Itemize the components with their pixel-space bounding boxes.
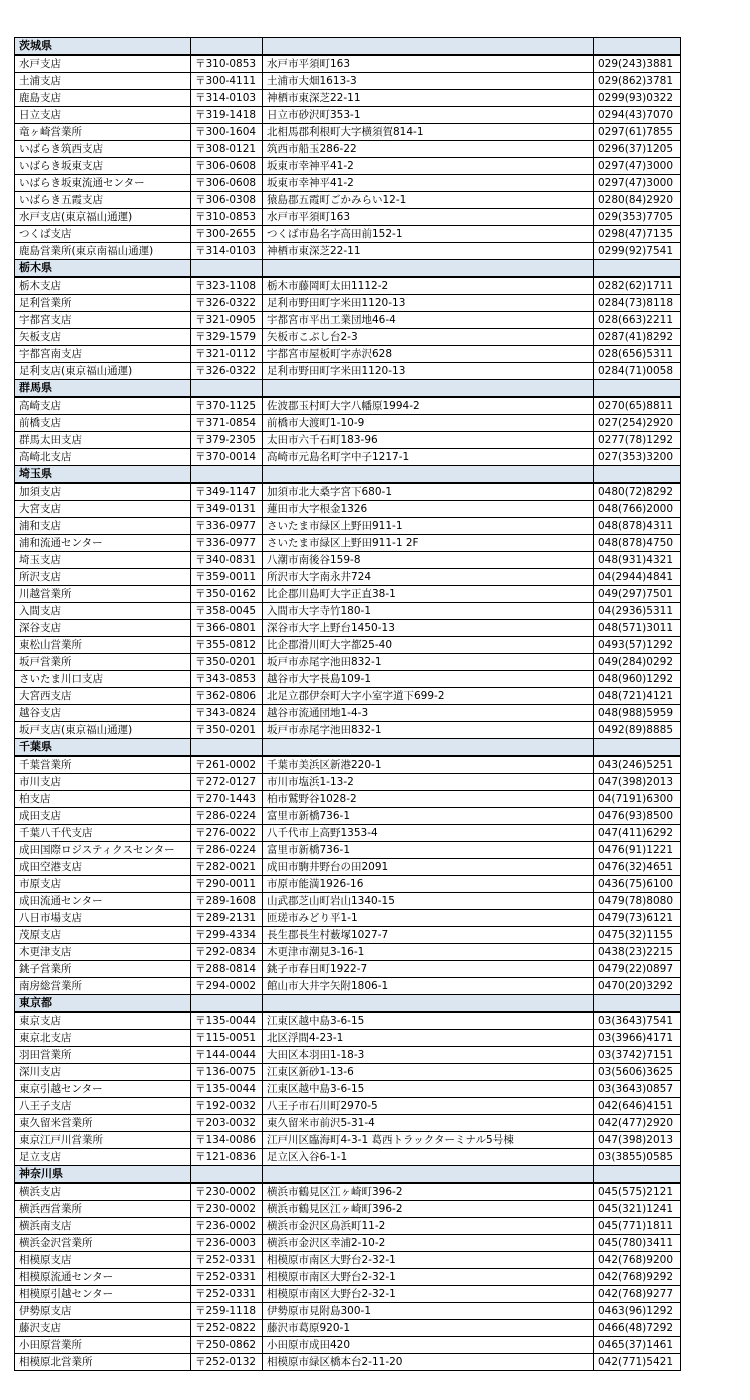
address-cell: 坂東市幸神平41-2 — [263, 175, 594, 192]
address-cell: 足利市野田町字米田1120-13 — [263, 295, 594, 312]
postal-code-cell: 〒250-0862 — [191, 1337, 263, 1354]
branch-row: 羽田営業所〒144-0044大田区本羽田1-18-303(3742)7151 — [15, 1047, 681, 1064]
branch-row: 東京江戸川営業所〒134-0086江戸川区臨海町4-3-1 葛西トラックターミナ… — [15, 1132, 681, 1149]
branch-row: 成田支店〒286-0224富里市新橋736-10476(93)8500 — [15, 808, 681, 825]
branch-name-cell: 市川支店 — [15, 774, 191, 791]
prefecture-header-row: 埼玉県 — [15, 466, 681, 484]
address-cell: 横浜市鶴見区江ヶ崎町396-2 — [263, 1183, 594, 1201]
postal-code-cell: 〒340-0831 — [191, 552, 263, 569]
prefecture-header-cell: 東京都 — [15, 995, 191, 1013]
branch-row: 横浜西営業所〒230-0002横浜市鶴見区江ヶ崎町396-2045(321)12… — [15, 1201, 681, 1218]
phone-cell: 0466(48)7292 — [594, 1320, 681, 1337]
branch-name-cell: 土浦支店 — [15, 73, 191, 90]
branch-name-cell: 相模原支店 — [15, 1252, 191, 1269]
branch-row: 東京支店〒135-0044江東区越中島3-6-1503(3643)7541 — [15, 1012, 681, 1030]
address-cell: 相模原市緑区橋本台2-11-20 — [263, 1354, 594, 1371]
phone-cell: 0465(37)1461 — [594, 1337, 681, 1354]
phone-cell: 0470(20)3292 — [594, 978, 681, 995]
branch-name-cell: 浦和支店 — [15, 518, 191, 535]
postal-code-cell: 〒326-0322 — [191, 363, 263, 380]
postal-code-cell: 〒192-0032 — [191, 1098, 263, 1115]
branch-name-cell: 埼玉支店 — [15, 552, 191, 569]
branch-row: 深川支店〒136-0075江東区新砂1-13-603(5606)3625 — [15, 1064, 681, 1081]
phone-cell: 027(254)2920 — [594, 415, 681, 432]
branch-name-cell: 市原支店 — [15, 876, 191, 893]
branch-name-cell: 群馬太田支店 — [15, 432, 191, 449]
postal-code-cell: 〒135-0044 — [191, 1012, 263, 1030]
branch-name-cell: 千葉営業所 — [15, 756, 191, 774]
phone-cell: 048(931)4321 — [594, 552, 681, 569]
branch-row: 足利営業所〒326-0322足利市野田町字米田1120-130284(73)81… — [15, 295, 681, 312]
postal-code-cell: 〒371-0854 — [191, 415, 263, 432]
branch-name-cell: 小田原営業所 — [15, 1337, 191, 1354]
branch-name-cell: 高崎北支店 — [15, 449, 191, 466]
empty-cell — [191, 260, 263, 278]
branch-name-cell: 伊勢原支店 — [15, 1303, 191, 1320]
prefecture-header-cell: 千葉県 — [15, 739, 191, 757]
postal-code-cell: 〒319-1418 — [191, 107, 263, 124]
address-cell: 市川市塩浜1-13-2 — [263, 774, 594, 791]
branch-row: 所沢支店〒359-0011所沢市大字南永井72404(2944)4841 — [15, 569, 681, 586]
phone-cell: 028(663)2211 — [594, 312, 681, 329]
phone-cell: 04(2944)4841 — [594, 569, 681, 586]
branch-name-cell: 藤沢支店 — [15, 1320, 191, 1337]
address-cell: 北区浮間4-23-1 — [263, 1030, 594, 1047]
branch-name-cell: 東京江戸川営業所 — [15, 1132, 191, 1149]
branch-row: いばらき坂東流通センター〒306-0608坂東市幸神平41-20297(47)3… — [15, 175, 681, 192]
branch-name-cell: 坂戸支店(東京福山通運) — [15, 722, 191, 739]
branch-row: 坂戸営業所〒350-0201坂戸市赤尾字池田832-1049(284)0292 — [15, 654, 681, 671]
prefecture-header-cell: 群馬県 — [15, 380, 191, 398]
postal-code-cell: 〒300-2655 — [191, 226, 263, 243]
prefecture-header-row: 千葉県 — [15, 739, 681, 757]
branch-row: 柏支店〒270-1443柏市鷲野谷1028-204(7191)6300 — [15, 791, 681, 808]
phone-cell: 028(656)5311 — [594, 346, 681, 363]
phone-cell: 03(5606)3625 — [594, 1064, 681, 1081]
phone-cell: 029(243)3881 — [594, 55, 681, 73]
branch-name-cell: 東京北支店 — [15, 1030, 191, 1047]
phone-cell: 048(878)4311 — [594, 518, 681, 535]
postal-code-cell: 〒135-0044 — [191, 1081, 263, 1098]
phone-cell: 047(398)2013 — [594, 774, 681, 791]
prefecture-header-cell: 茨城県 — [15, 38, 191, 56]
branch-row: いばらき坂東支店〒306-0608坂東市幸神平41-20297(47)3000 — [15, 158, 681, 175]
address-cell: 深谷市大字上野台1450-13 — [263, 620, 594, 637]
branch-name-cell: 足利営業所 — [15, 295, 191, 312]
branch-name-cell: 相模原引越センター — [15, 1286, 191, 1303]
phone-cell: 029(862)3781 — [594, 73, 681, 90]
postal-code-cell: 〒308-0121 — [191, 141, 263, 158]
address-cell: 入間市大字寺竹180-1 — [263, 603, 594, 620]
phone-cell: 03(3966)4171 — [594, 1030, 681, 1047]
phone-cell: 04(7191)6300 — [594, 791, 681, 808]
phone-cell: 0493(57)1292 — [594, 637, 681, 654]
phone-cell: 0480(72)8292 — [594, 483, 681, 501]
branch-row: 水戸支店(東京福山通運)〒310-0853水戸市平須町163029(353)77… — [15, 209, 681, 226]
branch-row: つくば支店〒300-2655つくば市島名字高田前152-10298(47)713… — [15, 226, 681, 243]
branch-row: 高崎北支店〒370-0014高崎市元島名町字中子1217-1027(353)32… — [15, 449, 681, 466]
branch-row: 高崎支店〒370-1125佐波郡玉村町大字八幡原1994-20270(65)88… — [15, 397, 681, 415]
phone-cell: 0280(84)2920 — [594, 192, 681, 209]
branch-row: 成田国際ロジスティクスセンター〒286-0224富里市新橋736-10476(9… — [15, 842, 681, 859]
address-cell: 横浜市鶴見区江ヶ崎町396-2 — [263, 1201, 594, 1218]
phone-cell: 0297(61)7855 — [594, 124, 681, 141]
branch-name-cell: 高崎支店 — [15, 397, 191, 415]
prefecture-header-row: 茨城県 — [15, 38, 681, 56]
phone-cell: 0476(93)8500 — [594, 808, 681, 825]
phone-cell: 0294(43)7070 — [594, 107, 681, 124]
branch-name-cell: 南房総営業所 — [15, 978, 191, 995]
branch-row: 前橋支店〒371-0854前橋市大渡町1-10-9027(254)2920 — [15, 415, 681, 432]
phone-cell: 0436(75)6100 — [594, 876, 681, 893]
branch-row: 伊勢原支店〒259-1118伊勢原市見附島300-10463(96)1292 — [15, 1303, 681, 1320]
empty-cell — [594, 995, 681, 1013]
branch-row: 横浜支店〒230-0002横浜市鶴見区江ヶ崎町396-2045(575)2121 — [15, 1183, 681, 1201]
branch-row: 埼玉支店〒340-0831八潮市南後谷159-8048(931)4321 — [15, 552, 681, 569]
postal-code-cell: 〒310-0853 — [191, 55, 263, 73]
branch-row: 銚子営業所〒288-0814銚子市春日町1922-70479(22)0897 — [15, 961, 681, 978]
branch-row: 成田流通センター〒289-1608山武郡芝山町岩山1340-150479(78)… — [15, 893, 681, 910]
address-cell: 北足立郡伊奈町大字小室字道下699-2 — [263, 688, 594, 705]
branch-row: 茂原支店〒299-4334長生郡長生村薮塚1027-70475(32)1155 — [15, 927, 681, 944]
branch-row: 成田空港支店〒282-0021成田市駒井野台の田20910476(32)4651 — [15, 859, 681, 876]
branch-row: 深谷支店〒366-0801深谷市大字上野台1450-13048(571)3011 — [15, 620, 681, 637]
address-cell: 加須市北大桑字宮下680-1 — [263, 483, 594, 501]
postal-code-cell: 〒343-0853 — [191, 671, 263, 688]
address-cell: 所沢市大字南永井724 — [263, 569, 594, 586]
phone-cell: 0282(62)1711 — [594, 277, 681, 295]
phone-cell: 045(321)1241 — [594, 1201, 681, 1218]
branch-name-cell: 横浜支店 — [15, 1183, 191, 1201]
branch-name-cell: 浦和流通センター — [15, 535, 191, 552]
postal-code-cell: 〒336-0977 — [191, 535, 263, 552]
branch-name-cell: 東久留米営業所 — [15, 1115, 191, 1132]
branch-row: いばらき筑西支店〒308-0121筑西市船玉286-220296(37)1205 — [15, 141, 681, 158]
branch-name-cell: 千葉八千代支店 — [15, 825, 191, 842]
postal-code-cell: 〒370-1125 — [191, 397, 263, 415]
phone-cell: 0479(78)8080 — [594, 893, 681, 910]
phone-cell: 03(3643)0857 — [594, 1081, 681, 1098]
address-cell: 太田市六千石町183-96 — [263, 432, 594, 449]
address-cell: 筑西市船玉286-22 — [263, 141, 594, 158]
address-cell: 神栖市東深芝22-11 — [263, 90, 594, 107]
address-cell: 伊勢原市見附島300-1 — [263, 1303, 594, 1320]
postal-code-cell: 〒115-0051 — [191, 1030, 263, 1047]
postal-code-cell: 〒349-1147 — [191, 483, 263, 501]
branch-row: 千葉八千代支店〒276-0022八千代市上高野1353-4047(411)629… — [15, 825, 681, 842]
postal-code-cell: 〒252-0132 — [191, 1354, 263, 1371]
empty-cell — [263, 260, 594, 278]
address-cell: 成田市駒井野台の田2091 — [263, 859, 594, 876]
phone-cell: 049(284)0292 — [594, 654, 681, 671]
address-cell: 土浦市大畑1613-3 — [263, 73, 594, 90]
phone-cell: 048(988)5959 — [594, 705, 681, 722]
postal-code-cell: 〒362-0806 — [191, 688, 263, 705]
branch-name-cell: 相模原流通センター — [15, 1269, 191, 1286]
branch-row: 藤沢支店〒252-0822藤沢市葛原920-10466(48)7292 — [15, 1320, 681, 1337]
phone-cell: 0270(65)8811 — [594, 397, 681, 415]
branch-name-cell: 茂原支店 — [15, 927, 191, 944]
branch-name-cell: 水戸支店(東京福山通運) — [15, 209, 191, 226]
address-cell: 富里市新橋736-1 — [263, 842, 594, 859]
branch-name-cell: 坂戸営業所 — [15, 654, 191, 671]
postal-code-cell: 〒203-0032 — [191, 1115, 263, 1132]
address-cell: 銚子市春日町1922-7 — [263, 961, 594, 978]
postal-code-cell: 〒136-0075 — [191, 1064, 263, 1081]
phone-cell: 048(721)4121 — [594, 688, 681, 705]
phone-cell: 0277(78)1292 — [594, 432, 681, 449]
branch-name-cell: 八王子支店 — [15, 1098, 191, 1115]
phone-cell: 0299(93)0322 — [594, 90, 681, 107]
branch-name-cell: 鹿島支店 — [15, 90, 191, 107]
branch-row: 相模原流通センター〒252-0331相模原市南区大野台2-32-1042(768… — [15, 1269, 681, 1286]
branch-row: 加須支店〒349-1147加須市北大桑字宮下680-10480(72)8292 — [15, 483, 681, 501]
branch-name-cell: 八日市場支店 — [15, 910, 191, 927]
branch-row: 竜ヶ崎営業所〒300-1604北相馬郡利根町大字横須賀814-10297(61)… — [15, 124, 681, 141]
address-cell: 水戸市平須町163 — [263, 55, 594, 73]
branch-row: 入間支店〒358-0045入間市大字寺竹180-104(2936)5311 — [15, 603, 681, 620]
address-cell: 矢板市こぶし台2-3 — [263, 329, 594, 346]
empty-cell — [191, 466, 263, 484]
phone-cell: 042(768)9292 — [594, 1269, 681, 1286]
branch-row: 水戸支店〒310-0853水戸市平須町163029(243)3881 — [15, 55, 681, 73]
branch-row: 栃木支店〒323-1108栃木市藤岡町太田1112-20282(62)1711 — [15, 277, 681, 295]
phone-cell: 0438(23)2215 — [594, 944, 681, 961]
phone-cell: 048(571)3011 — [594, 620, 681, 637]
branch-row: 宇都宮支店〒321-0905宇都宮市平出工業団地46-4028(663)2211 — [15, 312, 681, 329]
branch-row: 日立支店〒319-1418日立市砂沢町353-10294(43)7070 — [15, 107, 681, 124]
branch-name-cell: さいたま川口支店 — [15, 671, 191, 688]
branch-name-cell: 羽田営業所 — [15, 1047, 191, 1064]
branch-row: 小田原営業所〒250-0862小田原市成田4200465(37)1461 — [15, 1337, 681, 1354]
address-cell: つくば市島名字高田前152-1 — [263, 226, 594, 243]
address-cell: 木更津市潮見3-16-1 — [263, 944, 594, 961]
branch-name-cell: いばらき坂東流通センター — [15, 175, 191, 192]
branch-row: 宇都宮南支店〒321-0112宇都宮市屋板町字赤沢628028(656)5311 — [15, 346, 681, 363]
address-cell: 藤沢市葛原920-1 — [263, 1320, 594, 1337]
branch-name-cell: 深谷支店 — [15, 620, 191, 637]
phone-cell: 043(246)5251 — [594, 756, 681, 774]
prefecture-header-cell: 埼玉県 — [15, 466, 191, 484]
postal-code-cell: 〒144-0044 — [191, 1047, 263, 1064]
branch-name-cell: いばらき五霞支店 — [15, 192, 191, 209]
address-cell: 長生郡長生村薮塚1027-7 — [263, 927, 594, 944]
address-cell: 八千代市上高野1353-4 — [263, 825, 594, 842]
branch-name-cell: 越谷支店 — [15, 705, 191, 722]
empty-cell — [263, 466, 594, 484]
address-cell: 横浜市金沢区幸浦2-10-2 — [263, 1235, 594, 1252]
branch-name-cell: 宇都宮支店 — [15, 312, 191, 329]
phone-cell: 0284(73)8118 — [594, 295, 681, 312]
postal-code-cell: 〒236-0002 — [191, 1218, 263, 1235]
branch-row: 東京北支店〒115-0051北区浮間4-23-103(3966)4171 — [15, 1030, 681, 1047]
address-cell: 坂戸市赤尾字池田832-1 — [263, 654, 594, 671]
branch-row: さいたま川口支店〒343-0853越谷市大字長島109-1048(960)129… — [15, 671, 681, 688]
postal-code-cell: 〒286-0224 — [191, 842, 263, 859]
address-cell: 前橋市大渡町1-10-9 — [263, 415, 594, 432]
address-cell: 館山市大井字矢附1806-1 — [263, 978, 594, 995]
branch-name-cell: つくば支店 — [15, 226, 191, 243]
branch-name-cell: 鹿島営業所(東京南福山通運) — [15, 243, 191, 260]
postal-code-cell: 〒323-1108 — [191, 277, 263, 295]
postal-code-cell: 〒329-1579 — [191, 329, 263, 346]
address-cell: 横浜市金沢区鳥浜町11-2 — [263, 1218, 594, 1235]
branch-name-cell: 横浜西営業所 — [15, 1201, 191, 1218]
address-cell: 匝瑳市みどり平1-1 — [263, 910, 594, 927]
address-cell: 八潮市南後谷159-8 — [263, 552, 594, 569]
branch-name-cell: 相模原北営業所 — [15, 1354, 191, 1371]
address-cell: 北相馬郡利根町大字横須賀814-1 — [263, 124, 594, 141]
postal-code-cell: 〒314-0103 — [191, 90, 263, 107]
branch-directory: 茨城県水戸支店〒310-0853水戸市平須町163029(243)3881土浦支… — [14, 37, 681, 1371]
postal-code-cell: 〒288-0814 — [191, 961, 263, 978]
address-cell: 相模原市南区大野台2-32-1 — [263, 1286, 594, 1303]
phone-cell: 045(575)2121 — [594, 1183, 681, 1201]
branch-name-cell: 日立支店 — [15, 107, 191, 124]
prefecture-header-row: 群馬県 — [15, 380, 681, 398]
address-cell: 市原市能満1926-16 — [263, 876, 594, 893]
branch-name-cell: 足立支店 — [15, 1149, 191, 1166]
phone-cell: 03(3742)7151 — [594, 1047, 681, 1064]
phone-cell: 0463(96)1292 — [594, 1303, 681, 1320]
branch-name-cell: 所沢支店 — [15, 569, 191, 586]
branch-name-cell: 栃木支店 — [15, 277, 191, 295]
address-cell: 柏市鷲野谷1028-2 — [263, 791, 594, 808]
address-cell: 坂東市幸神平41-2 — [263, 158, 594, 175]
branch-row: 鹿島支店〒314-0103神栖市東深芝22-110299(93)0322 — [15, 90, 681, 107]
branch-row: 大宮支店〒349-0131蓮田市大字根金1326048(766)2000 — [15, 501, 681, 518]
phone-cell: 049(297)7501 — [594, 586, 681, 603]
branch-name-cell: いばらき筑西支店 — [15, 141, 191, 158]
address-cell: 江東区越中島3-6-15 — [263, 1012, 594, 1030]
empty-cell — [263, 995, 594, 1013]
postal-code-cell: 〒252-0331 — [191, 1252, 263, 1269]
postal-code-cell: 〒282-0021 — [191, 859, 263, 876]
phone-cell: 03(3643)7541 — [594, 1012, 681, 1030]
branch-row: 足立支店〒121-0836足立区入谷6-1-103(3855)0585 — [15, 1149, 681, 1166]
phone-cell: 047(398)2013 — [594, 1132, 681, 1149]
address-cell: 江東区越中島3-6-15 — [263, 1081, 594, 1098]
branch-name-cell: 東京支店 — [15, 1012, 191, 1030]
phone-cell: 042(646)4151 — [594, 1098, 681, 1115]
postal-code-cell: 〒289-1608 — [191, 893, 263, 910]
postal-code-cell: 〒350-0201 — [191, 654, 263, 671]
branch-row: 八王子支店〒192-0032八王子市石川町2970-5042(646)4151 — [15, 1098, 681, 1115]
empty-cell — [594, 1166, 681, 1184]
address-cell: 宇都宮市平出工業団地46-4 — [263, 312, 594, 329]
branch-name-cell: 前橋支店 — [15, 415, 191, 432]
address-cell: 蓮田市大字根金1326 — [263, 501, 594, 518]
postal-code-cell: 〒286-0224 — [191, 808, 263, 825]
address-cell: 富里市新橋736-1 — [263, 808, 594, 825]
postal-code-cell: 〒261-0002 — [191, 756, 263, 774]
branch-row: 群馬太田支店〒379-2305太田市六千石町183-960277(78)1292 — [15, 432, 681, 449]
branch-row: 東松山営業所〒355-0812比企郡滑川町大字都25-400493(57)129… — [15, 637, 681, 654]
branch-row: 東京引越センター〒135-0044江東区越中島3-6-1503(3643)085… — [15, 1081, 681, 1098]
address-cell: 日立市砂沢町353-1 — [263, 107, 594, 124]
postal-code-cell: 〒230-0002 — [191, 1183, 263, 1201]
branch-row: 市川支店〒272-0127市川市塩浜1-13-2047(398)2013 — [15, 774, 681, 791]
branch-row: 市原支店〒290-0011市原市能満1926-160436(75)6100 — [15, 876, 681, 893]
empty-cell — [191, 995, 263, 1013]
empty-cell — [191, 1166, 263, 1184]
branch-name-cell: 東松山営業所 — [15, 637, 191, 654]
address-cell: 足利市野田町字米田1120-13 — [263, 363, 594, 380]
empty-cell — [191, 38, 263, 56]
phone-cell: 0479(22)0897 — [594, 961, 681, 978]
branch-name-cell: 川越営業所 — [15, 586, 191, 603]
branch-name-cell: 成田空港支店 — [15, 859, 191, 876]
postal-code-cell: 〒321-0112 — [191, 346, 263, 363]
branch-name-cell: 柏支店 — [15, 791, 191, 808]
branch-name-cell: 成田流通センター — [15, 893, 191, 910]
postal-code-cell: 〒259-1118 — [191, 1303, 263, 1320]
address-cell: 比企郡滑川町大字都25-40 — [263, 637, 594, 654]
postal-code-cell: 〒370-0014 — [191, 449, 263, 466]
postal-code-cell: 〒134-0086 — [191, 1132, 263, 1149]
branch-name-cell: 大宮支店 — [15, 501, 191, 518]
address-cell: 小田原市成田420 — [263, 1337, 594, 1354]
phone-cell: 0284(71)0058 — [594, 363, 681, 380]
branch-name-cell: 足利支店(東京福山通運) — [15, 363, 191, 380]
postal-code-cell: 〒300-4111 — [191, 73, 263, 90]
postal-code-cell: 〒290-0011 — [191, 876, 263, 893]
address-cell: 相模原市南区大野台2-32-1 — [263, 1269, 594, 1286]
address-cell: 猿島郡五霞町ごかみらい12-1 — [263, 192, 594, 209]
prefecture-header-cell: 栃木県 — [15, 260, 191, 278]
branch-directory-table: 茨城県水戸支店〒310-0853水戸市平須町163029(243)3881土浦支… — [14, 37, 681, 1371]
phone-cell: 04(2936)5311 — [594, 603, 681, 620]
phone-cell: 042(768)9200 — [594, 1252, 681, 1269]
address-cell: さいたま市緑区上野田911-1 2F — [263, 535, 594, 552]
branch-name-cell: 水戸支店 — [15, 55, 191, 73]
postal-code-cell: 〒326-0322 — [191, 295, 263, 312]
branch-name-cell: 宇都宮南支店 — [15, 346, 191, 363]
branch-name-cell: 竜ヶ崎営業所 — [15, 124, 191, 141]
postal-code-cell: 〒314-0103 — [191, 243, 263, 260]
postal-code-cell: 〒350-0201 — [191, 722, 263, 739]
branch-row: 南房総営業所〒294-0002館山市大井字矢附1806-10470(20)329… — [15, 978, 681, 995]
branch-name-cell: 東京引越センター — [15, 1081, 191, 1098]
postal-code-cell: 〒310-0853 — [191, 209, 263, 226]
phone-cell: 027(353)3200 — [594, 449, 681, 466]
postal-code-cell: 〒306-0608 — [191, 175, 263, 192]
branch-name-cell: いばらき坂東支店 — [15, 158, 191, 175]
branch-row: 千葉営業所〒261-0002千葉市美浜区新港220-1043(246)5251 — [15, 756, 681, 774]
branch-row: 大宮西支店〒362-0806北足立郡伊奈町大字小室字道下699-2048(721… — [15, 688, 681, 705]
postal-code-cell: 〒350-0162 — [191, 586, 263, 603]
branch-row: 川越営業所〒350-0162比企郡川島町大字正直38-1049(297)7501 — [15, 586, 681, 603]
postal-code-cell: 〒294-0002 — [191, 978, 263, 995]
empty-cell — [594, 466, 681, 484]
prefecture-header-cell: 神奈川県 — [15, 1166, 191, 1184]
branch-name-cell: 横浜金沢営業所 — [15, 1235, 191, 1252]
prefecture-header-row: 神奈川県 — [15, 1166, 681, 1184]
phone-cell: 0475(32)1155 — [594, 927, 681, 944]
branch-row: 八日市場支店〒289-2131匝瑳市みどり平1-10479(73)6121 — [15, 910, 681, 927]
empty-cell — [191, 380, 263, 398]
branch-row: 浦和支店〒336-0977さいたま市緑区上野田911-1048(878)4311 — [15, 518, 681, 535]
empty-cell — [594, 380, 681, 398]
address-cell: 東久留米市前沢5-31-4 — [263, 1115, 594, 1132]
branch-name-cell: 成田支店 — [15, 808, 191, 825]
phone-cell: 048(766)2000 — [594, 501, 681, 518]
postal-code-cell: 〒306-0308 — [191, 192, 263, 209]
branch-row: 越谷支店〒343-0824越谷市流通団地1-4-3048(988)5959 — [15, 705, 681, 722]
postal-code-cell: 〒359-0011 — [191, 569, 263, 586]
postal-code-cell: 〒336-0977 — [191, 518, 263, 535]
address-cell: 足立区入谷6-1-1 — [263, 1149, 594, 1166]
